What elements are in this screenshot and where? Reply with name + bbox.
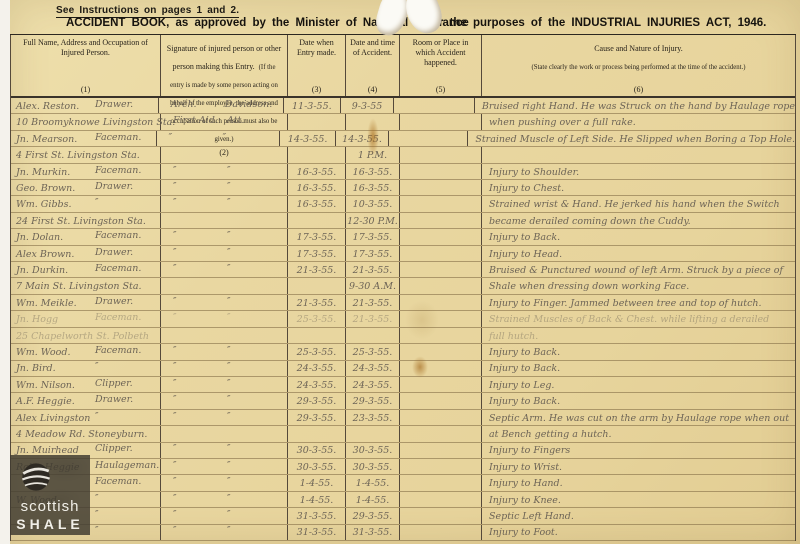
injury-cause: Septic Arm. He was cut on the arm by Hau… bbox=[482, 414, 789, 426]
signature-first: ″ bbox=[173, 264, 177, 276]
entry-date: 25-3-55. bbox=[297, 348, 337, 360]
cell-signature bbox=[161, 426, 288, 441]
accident-date: 25-3-55. bbox=[353, 348, 393, 360]
signature-second: ″ bbox=[227, 494, 231, 506]
cell-accident-date: 24-3-55. bbox=[346, 361, 400, 376]
table-row: Geo. Brown.Drawer.″″16-3-55.16-3-55.Inju… bbox=[11, 180, 795, 196]
signature-second: ″ bbox=[227, 444, 231, 456]
column-label: Room or Place in which Accident happened… bbox=[404, 38, 477, 68]
cell-cause: full hutch. bbox=[482, 328, 795, 343]
cell-signature bbox=[161, 278, 288, 293]
cell-cause: Injury to Leg. bbox=[482, 377, 795, 392]
signature-second: ″ bbox=[227, 346, 231, 358]
cell-entry-date: 25-3-55. bbox=[288, 311, 346, 326]
cell-entry-date: 24-3-55. bbox=[288, 361, 346, 376]
column-number: (3) bbox=[312, 83, 321, 94]
watermark-text-scottish: scottish bbox=[21, 499, 80, 516]
column-number: (6) bbox=[634, 83, 643, 94]
injured-person-occupation: ″ bbox=[95, 526, 99, 538]
signature-first: ″ bbox=[173, 395, 177, 407]
cell-place bbox=[400, 361, 482, 376]
cell-place bbox=[400, 213, 482, 228]
injured-person-name: Geo. Brown. bbox=[11, 184, 75, 196]
cell-signature: ″″ bbox=[161, 229, 288, 244]
cell-accident-date: 25-3-55. bbox=[346, 344, 400, 359]
cell-accident-date: 16-3-55. bbox=[346, 164, 400, 179]
cell-place bbox=[400, 295, 482, 310]
accident-date: 21-3-55. bbox=[353, 266, 393, 278]
cell-signature: ″″ bbox=[161, 443, 288, 458]
cell-place bbox=[400, 393, 482, 408]
entry-date: 29-3-55. bbox=[297, 414, 337, 426]
cell-accident-date: 16-3-55. bbox=[346, 180, 400, 195]
injury-cause: Injury to Hand. bbox=[482, 479, 563, 491]
injured-person-occupation: Faceman. bbox=[95, 166, 141, 178]
accident-date: 1-4-55. bbox=[356, 496, 390, 508]
entry-date: 25-3-55. bbox=[297, 315, 337, 327]
cell-cause: Septic Arm. He was cut on the arm by Hau… bbox=[482, 410, 795, 425]
cell-accident-date: 30-3-55. bbox=[346, 443, 400, 458]
injured-person-occupation: Faceman. bbox=[95, 133, 141, 145]
signature-first: ″ bbox=[173, 297, 177, 309]
injured-person-occupation: Faceman. bbox=[95, 477, 141, 489]
cell-entry-date: 1-4-55. bbox=[288, 492, 346, 507]
cell-accident-date: 17-3-55. bbox=[346, 246, 400, 261]
signature-first: ″ bbox=[173, 346, 177, 358]
accident-date: 23-3-55. bbox=[353, 414, 393, 426]
signature-first: ″ bbox=[173, 379, 177, 391]
column-header-name: Full Name, Address and Occupation of Inj… bbox=[11, 35, 161, 96]
cell-signature: ″″ bbox=[161, 311, 288, 326]
column-number: (1) bbox=[81, 83, 90, 94]
table-row: Jn. HoggFaceman.″″25-3-55.21-3-55.Strain… bbox=[11, 311, 795, 327]
signature-first: ″ bbox=[173, 313, 177, 325]
cell-entry-date: 30-3-55. bbox=[288, 443, 346, 458]
cell-name: 24 First St. Livingston Sta. bbox=[11, 213, 161, 228]
entry-date: 1-4-55. bbox=[300, 496, 334, 508]
watermark-text-shale: SHALE bbox=[16, 516, 83, 532]
entry-date: 31-3-55. bbox=[297, 528, 337, 540]
cell-signature: ″″ bbox=[161, 410, 288, 425]
injured-person-occupation: ″ bbox=[95, 362, 99, 374]
cell-place bbox=[400, 180, 482, 195]
cell-accident-date bbox=[346, 328, 400, 343]
cell-cause: Strained wrist & Hand. He jerked his han… bbox=[482, 196, 795, 211]
table-row: 4 First St. Livingston Sta.1 P.M. bbox=[11, 147, 795, 163]
cell-accident-date: 29-3-55. bbox=[346, 508, 400, 523]
injury-cause: became derailed coming down the Cuddy. bbox=[482, 217, 691, 229]
injured-person-name: Alex. Reston. bbox=[11, 102, 79, 114]
cell-place bbox=[400, 246, 482, 261]
cell-name: Jn. Durkin.Faceman. bbox=[11, 262, 161, 277]
table-row: 25 Chapelworth St. Polbethfull hutch. bbox=[11, 328, 795, 344]
column-number: (4) bbox=[368, 83, 377, 94]
cell-accident-date: 23-3-55. bbox=[346, 410, 400, 425]
injury-cause: Strained Muscle of Left Side. He Slipped… bbox=[468, 135, 795, 147]
cell-name: Alex Brown.Drawer. bbox=[11, 246, 161, 261]
cell-place bbox=[400, 311, 482, 326]
cell-name: Wm. Nilson.Clipper. bbox=[11, 377, 161, 392]
entry-date: 30-3-55. bbox=[297, 446, 337, 458]
cell-entry-date bbox=[288, 114, 346, 129]
cell-entry-date: 21-3-55. bbox=[288, 295, 346, 310]
table-row: Jn. Dolan.Faceman.″″17-3-55.17-3-55.Inju… bbox=[11, 229, 795, 245]
injured-person-name: Jn. Mearson. bbox=[11, 135, 77, 147]
signature-first: ″ bbox=[169, 133, 173, 145]
cell-place bbox=[400, 196, 482, 211]
cell-accident-date bbox=[346, 114, 400, 129]
table-row: 24 First St. Livingston Sta.12-30 P.M.be… bbox=[11, 213, 795, 229]
cell-accident-date: 17-3-55. bbox=[346, 229, 400, 244]
injury-cause: Injury to Foot. bbox=[482, 528, 558, 540]
cell-signature: First Aid.Att. bbox=[161, 114, 288, 129]
table-row: Robt. HeggieHaulageman.″″30-3-55.30-3-55… bbox=[11, 459, 795, 475]
injury-cause: Strained wrist & Hand. He jerked his han… bbox=[482, 200, 780, 212]
signature-second: ″ bbox=[227, 477, 231, 489]
column-label: Cause and Nature of Injury. bbox=[594, 44, 683, 53]
signature-first: ″ bbox=[173, 477, 177, 489]
injured-person-occupation: Haulageman. bbox=[95, 461, 159, 473]
cell-accident-date: 29-3-55. bbox=[346, 393, 400, 408]
table-row: ″″″31-3-55.31-3-55.Injury to Foot. bbox=[11, 525, 795, 541]
injured-person-name: Wm. Wood. bbox=[11, 348, 70, 360]
cell-accident-date: 12-30 P.M. bbox=[346, 213, 400, 228]
injured-person-name: Alex Livingston bbox=[11, 414, 90, 426]
injured-person-name: Jn. Durkin. bbox=[11, 266, 68, 278]
accident-date: 29-3-55. bbox=[353, 397, 393, 409]
cell-name: Jn. HoggFaceman. bbox=[11, 311, 161, 326]
cell-place bbox=[400, 492, 482, 507]
signature-second: ″ bbox=[223, 133, 227, 145]
signature-second: ″ bbox=[227, 198, 231, 210]
ledger-page: See Instructions on pages 1 and 2. ACCID… bbox=[10, 0, 800, 544]
accident-date: 10-3-55. bbox=[353, 200, 393, 212]
cell-entry-date: 29-3-55. bbox=[288, 393, 346, 408]
injured-person-occupation: Faceman. bbox=[95, 313, 141, 325]
table-row: Alex Livingston″″″29-3-55.23-3-55.Septic… bbox=[11, 410, 795, 426]
signature-first: ″ bbox=[173, 182, 177, 194]
signature-second: ″ bbox=[227, 248, 231, 260]
injured-person-name: 25 Chapelworth St. Polbeth bbox=[11, 332, 149, 344]
signature-second: ″ bbox=[227, 182, 231, 194]
cell-entry-date bbox=[288, 147, 346, 162]
table-row: Wm. Gibbs.″″″16-3-55.10-3-55.Strained wr… bbox=[11, 196, 795, 212]
accident-date: 30-3-55. bbox=[353, 446, 393, 458]
signature-second: ″ bbox=[227, 526, 231, 538]
signature-second: ″ bbox=[227, 412, 231, 424]
archive-watermark: scottish SHALE bbox=[10, 455, 90, 535]
accident-date: 29-3-55. bbox=[353, 512, 393, 524]
cell-accident-date: 10-3-55. bbox=[346, 196, 400, 211]
injured-person-name: A.F. Heggie. bbox=[11, 397, 75, 409]
cell-name: 4 Meadow Rd. Stoneyburn. bbox=[11, 426, 161, 441]
entry-date: 16-3-55. bbox=[297, 200, 337, 212]
entry-date: 21-3-55. bbox=[297, 299, 337, 311]
injury-cause: Injury to Fingers bbox=[482, 446, 570, 458]
cell-signature: ″″ bbox=[161, 344, 288, 359]
signature-first: ″ bbox=[173, 461, 177, 473]
signature-second: ″ bbox=[227, 264, 231, 276]
cell-accident-date: 1-4-55. bbox=[346, 492, 400, 507]
cell-place bbox=[389, 131, 469, 146]
cell-entry-date: 1-4-55. bbox=[288, 475, 346, 490]
cell-name: 4 First St. Livingston Sta. bbox=[11, 147, 161, 162]
cell-place bbox=[400, 164, 482, 179]
signature-first: ″ bbox=[173, 248, 177, 260]
cell-entry-date bbox=[288, 213, 346, 228]
accident-date: 17-3-55. bbox=[353, 233, 393, 245]
cell-name: Wm. Meikle.Drawer. bbox=[11, 295, 161, 310]
injured-person-occupation: Drawer. bbox=[95, 395, 133, 407]
cell-entry-date: 17-3-55. bbox=[288, 246, 346, 261]
cell-name: Alex Livingston″ bbox=[11, 410, 161, 425]
injury-cause: Strained Muscles of Back & Chest. while … bbox=[482, 315, 769, 327]
signature-second: ″ bbox=[227, 379, 231, 391]
injured-person-occupation: Drawer. bbox=[95, 182, 133, 194]
cell-name: Jn. Dolan.Faceman. bbox=[11, 229, 161, 244]
cell-place bbox=[400, 229, 482, 244]
cell-entry-date bbox=[288, 426, 346, 441]
cell-accident-date: 9-3-55 bbox=[341, 98, 394, 113]
cell-place bbox=[400, 344, 482, 359]
cell-cause: Bruised right Hand. He was Struck on the… bbox=[475, 98, 795, 113]
signature-second: ″ bbox=[227, 510, 231, 522]
signature-first: ″ bbox=[173, 510, 177, 522]
cell-signature: ″″ bbox=[161, 361, 288, 376]
cell-signature: ″″ bbox=[161, 377, 288, 392]
column-header-accident-date: Date and time of Accident. (4) bbox=[346, 35, 400, 96]
cell-cause: when pushing over a full rake. bbox=[482, 114, 795, 129]
cell-signature: ″″ bbox=[161, 196, 288, 211]
injured-person-occupation: Drawer. bbox=[95, 100, 133, 112]
cell-name: Wm. Gibbs.″ bbox=[11, 196, 161, 211]
signature-first: Arch. bbox=[171, 100, 197, 112]
cell-signature bbox=[161, 213, 288, 228]
cell-accident-date: 14-3-55. bbox=[336, 131, 388, 146]
entry-date: 17-3-55. bbox=[297, 233, 337, 245]
cell-signature: ″″ bbox=[161, 180, 288, 195]
injury-cause: Injury to Finger. Jammed between tree an… bbox=[482, 299, 762, 311]
injury-cause: Bruised right Hand. He was Struck on the… bbox=[475, 102, 795, 114]
injured-person-name: 7 Main St. Livingston Sta. bbox=[11, 282, 142, 294]
cell-name: Jn. Mearson.Faceman. bbox=[11, 131, 157, 146]
entry-date: 14-3-55. bbox=[288, 135, 328, 147]
cell-accident-date bbox=[346, 426, 400, 441]
injury-cause: Shale when dressing down working Face. bbox=[482, 282, 689, 294]
accident-date: 9-3-55 bbox=[352, 102, 383, 114]
accident-date: 30-3-55. bbox=[353, 463, 393, 475]
table-row: Alex. Reston.Drawer.Arch.Davidson.11-3-5… bbox=[11, 98, 795, 114]
injured-person-name: 4 First St. Livingston Sta. bbox=[11, 151, 140, 163]
injured-person-name: 4 Meadow Rd. Stoneyburn. bbox=[11, 430, 147, 442]
cell-entry-date: 16-3-55. bbox=[288, 164, 346, 179]
injured-person-occupation: Faceman. bbox=[95, 264, 141, 276]
injury-cause: at Bench getting a hutch. bbox=[482, 430, 611, 442]
accident-date: 24-3-55. bbox=[353, 364, 393, 376]
entry-date: 16-3-55. bbox=[297, 184, 337, 196]
cell-accident-date: 9-30 A.M. bbox=[346, 278, 400, 293]
cell-place bbox=[400, 410, 482, 425]
cell-cause: Injury to Shoulder. bbox=[482, 164, 795, 179]
cell-cause: Injury to Finger. Jammed between tree an… bbox=[482, 295, 795, 310]
cell-cause: Injury to Fingers bbox=[482, 443, 795, 458]
cell-cause: Injury to Wrist. bbox=[482, 459, 795, 474]
cell-place bbox=[400, 459, 482, 474]
table-body: Alex. Reston.Drawer.Arch.Davidson.11-3-5… bbox=[11, 98, 795, 541]
cell-name: Jn. Bird.″ bbox=[11, 361, 161, 376]
injured-person-name: Jn. Bird. bbox=[11, 364, 56, 376]
cell-cause: Strained Muscles of Back & Chest. while … bbox=[482, 311, 795, 326]
cell-cause: became derailed coming down the Cuddy. bbox=[482, 213, 795, 228]
cell-entry-date bbox=[288, 328, 346, 343]
accident-date: 16-3-55. bbox=[353, 184, 393, 196]
cell-signature: ″″ bbox=[161, 246, 288, 261]
injury-cause: Bruised & Punctured wound of left Arm. S… bbox=[482, 266, 783, 278]
cell-name: 25 Chapelworth St. Polbeth bbox=[11, 328, 161, 343]
signature-first: First Aid. bbox=[173, 116, 218, 128]
entry-date: 21-3-55. bbox=[297, 266, 337, 278]
injury-cause: Septic Left Hand. bbox=[482, 512, 574, 524]
table-row: ″″″31-3-55.29-3-55.Septic Left Hand. bbox=[11, 508, 795, 524]
accident-date: 14-3-55. bbox=[342, 135, 382, 147]
table-row: Wm. Nilson.Clipper.″″24-3-55.24-3-55.Inj… bbox=[11, 377, 795, 393]
injured-person-name bbox=[11, 538, 16, 540]
cell-place bbox=[394, 98, 475, 113]
cell-place bbox=[400, 114, 482, 129]
cell-signature: ″″ bbox=[161, 295, 288, 310]
table-row: Jn. Mearson.Faceman.″″14-3-55.14-3-55.St… bbox=[11, 131, 795, 147]
injury-cause: when pushing over a full rake. bbox=[482, 118, 636, 130]
accident-date: 1-4-55. bbox=[356, 479, 390, 491]
cell-entry-date: 11-3-55. bbox=[284, 98, 341, 113]
cell-entry-date: 16-3-55. bbox=[288, 196, 346, 211]
accident-date: 31-3-55. bbox=[353, 528, 393, 540]
column-label: Date when Entry made. bbox=[292, 38, 341, 58]
signature-first: ″ bbox=[173, 494, 177, 506]
accident-table: Full Name, Address and Occupation of Inj… bbox=[10, 35, 796, 541]
signature-second: ″ bbox=[227, 166, 231, 178]
injured-person-name: Alex Brown. bbox=[11, 250, 74, 262]
cell-signature: ″″ bbox=[161, 525, 288, 540]
signature-first: ″ bbox=[173, 198, 177, 210]
cell-accident-date: 21-3-55. bbox=[346, 262, 400, 277]
column-header-entry-date: Date when Entry made. (3) bbox=[288, 35, 346, 96]
injury-cause: Injury to Chest. bbox=[482, 184, 564, 196]
cell-signature: Arch.Davidson. bbox=[159, 98, 284, 113]
table-row: Alex Brown.Drawer.″″17-3-55.17-3-55.Inju… bbox=[11, 246, 795, 262]
accident-date: 21-3-55. bbox=[353, 315, 393, 327]
cell-cause: Injury to Back. bbox=[482, 393, 795, 408]
accident-date: 1 P.M. bbox=[358, 151, 387, 163]
injured-person-occupation: Clipper. bbox=[95, 379, 133, 391]
cell-accident-date: 31-3-55. bbox=[346, 525, 400, 540]
cell-cause: Injury to Hand. bbox=[482, 475, 795, 490]
injury-cause: Injury to Head. bbox=[482, 250, 562, 262]
cell-entry-date: 16-3-55. bbox=[288, 180, 346, 195]
injured-person-occupation: Faceman. bbox=[95, 346, 141, 358]
injured-person-occupation: ″ bbox=[95, 412, 99, 424]
cell-name: Wm. Wood.Faceman. bbox=[11, 344, 161, 359]
accident-date: 12-30 P.M. bbox=[347, 217, 398, 229]
cell-name: A.F. Heggie.Drawer. bbox=[11, 393, 161, 408]
injured-person-occupation: ″ bbox=[95, 494, 99, 506]
cell-accident-date: 24-3-55. bbox=[346, 377, 400, 392]
cell-entry-date: 24-3-55. bbox=[288, 377, 346, 392]
cell-entry-date: 17-3-55. bbox=[288, 229, 346, 244]
accident-date: 24-3-55. bbox=[353, 381, 393, 393]
injury-cause: Injury to Shoulder. bbox=[482, 168, 579, 180]
cell-cause: Shale when dressing down working Face. bbox=[482, 278, 795, 293]
table-row: W. Wood.″″″1-4-55.1-4-55.Injury to Knee. bbox=[11, 492, 795, 508]
table-row: Jn. Bird.″″″24-3-55.24-3-55.Injury to Ba… bbox=[11, 361, 795, 377]
cell-name: Geo. Brown.Drawer. bbox=[11, 180, 161, 195]
entry-date: 29-3-55. bbox=[297, 397, 337, 409]
cell-entry-date: 31-3-55. bbox=[288, 525, 346, 540]
table-row: 4 Meadow Rd. Stoneyburn.at Bench getting… bbox=[11, 426, 795, 442]
column-label-group: Cause and Nature of Injury. (State clear… bbox=[531, 38, 745, 74]
entry-date: 17-3-55. bbox=[297, 250, 337, 262]
table-row: Jn. Durkin.Faceman.″″21-3-55.21-3-55.Bru… bbox=[11, 262, 795, 278]
signature-first: ″ bbox=[173, 231, 177, 243]
column-number: (5) bbox=[436, 83, 445, 94]
table-row: A.F. Heggie.Drawer.″″29-3-55.29-3-55.Inj… bbox=[11, 393, 795, 409]
signature-second: ″ bbox=[227, 362, 231, 374]
injured-person-name: Wm. Meikle. bbox=[11, 299, 77, 311]
injured-person-name: 24 First St. Livingston Sta. bbox=[11, 217, 146, 229]
cell-accident-date: 30-3-55. bbox=[346, 459, 400, 474]
cell-signature: ″″ bbox=[161, 393, 288, 408]
entry-date: 31-3-55. bbox=[297, 512, 337, 524]
cell-signature bbox=[161, 147, 288, 162]
cell-place bbox=[400, 377, 482, 392]
column-label: Date and time of Accident. bbox=[350, 38, 395, 58]
accident-date: 16-3-55. bbox=[353, 168, 393, 180]
entry-date: 1-4-55. bbox=[300, 479, 334, 491]
scanned-document: See Instructions on pages 1 and 2. ACCID… bbox=[0, 0, 800, 544]
cell-entry-date bbox=[288, 278, 346, 293]
cell-cause: Injury to Knee. bbox=[482, 492, 795, 507]
injury-cause: Injury to Back. bbox=[482, 233, 560, 245]
cell-place bbox=[400, 508, 482, 523]
entry-date: 24-3-55. bbox=[297, 364, 337, 376]
accident-date: 17-3-55. bbox=[353, 250, 393, 262]
cell-cause: Injury to Foot. bbox=[482, 525, 795, 540]
signature-second: ″ bbox=[227, 313, 231, 325]
cell-signature: ″″ bbox=[161, 475, 288, 490]
accident-date: 21-3-55. bbox=[353, 299, 393, 311]
column-header-place: Room or Place in which Accident happened… bbox=[400, 35, 482, 96]
table-row: Wm. Meikle.Drawer.″″21-3-55.21-3-55.Inju… bbox=[11, 295, 795, 311]
table-row: Faceman.″″1-4-55.1-4-55.Injury to Hand. bbox=[11, 475, 795, 491]
cell-signature: ″″ bbox=[161, 508, 288, 523]
cell-place bbox=[400, 147, 482, 162]
injured-person-occupation: ″ bbox=[95, 198, 99, 210]
signature-second: Davidson. bbox=[225, 100, 273, 112]
cell-name: 7 Main St. Livingston Sta. bbox=[11, 278, 161, 293]
injured-person-name: 10 Broomyknowe Livingston Sta. bbox=[11, 118, 175, 130]
cell-signature: ″″ bbox=[161, 262, 288, 277]
injured-person-name: Wm. Nilson. bbox=[11, 381, 75, 393]
entry-date: 11-3-55. bbox=[292, 102, 332, 114]
injured-person-occupation: Drawer. bbox=[95, 297, 133, 309]
signature-second: Att. bbox=[227, 116, 244, 128]
entry-date: 16-3-55. bbox=[297, 168, 337, 180]
cell-signature: ″″ bbox=[161, 459, 288, 474]
injured-person-occupation: Clipper. bbox=[95, 444, 133, 456]
cell-signature bbox=[161, 328, 288, 343]
cell-place bbox=[400, 328, 482, 343]
cell-entry-date: 30-3-55. bbox=[288, 459, 346, 474]
